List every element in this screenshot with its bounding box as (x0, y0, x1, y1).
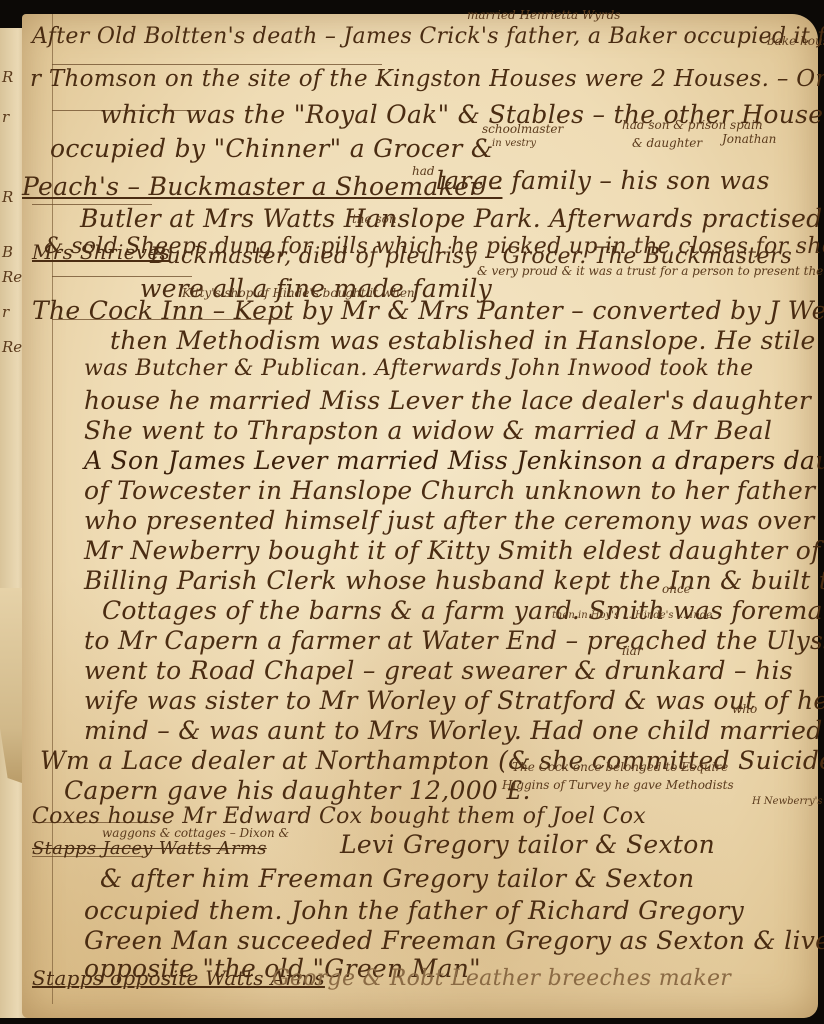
margin-scrawl: B (2, 243, 13, 261)
line-5: large family – his son was (436, 166, 770, 195)
interlinear-note: liar (622, 644, 643, 658)
line-13: house he married Miss Lever the lace dea… (84, 386, 811, 415)
interlinear-note: in vestry (492, 138, 536, 149)
line-26: Capern gave his daughter 12,000 £. (64, 776, 531, 805)
interlinear-note: then in Hoy's ... Hinde's ... Inde (552, 610, 712, 621)
line-2: r Thomson on the site of the Kingston Ho… (30, 66, 824, 92)
margin-scrawl: R (2, 68, 13, 86)
interlinear-note: bake house (767, 34, 824, 48)
margin-scrawl: R (2, 188, 13, 206)
manuscript-page: After Old Boltten's death – James Crick'… (22, 14, 818, 1018)
interlinear-note: married Henrietta Wyrds (467, 8, 620, 22)
interlinear-note: The Cock once belonged to Esquire (512, 760, 728, 774)
interlinear-note: had (412, 164, 435, 178)
line-17: who presented himself just after the cer… (84, 506, 815, 535)
line-6: Butler at Mrs Watts Hanslope Park. After… (80, 204, 824, 233)
line-24: mind – & was aunt to Mrs Worley. Had one… (84, 716, 823, 745)
interlinear-note: schoolmaster (482, 122, 563, 136)
interlinear-note: & daughter (632, 136, 702, 150)
line-31: Green Man succeeded Freeman Gregory as S… (84, 926, 824, 955)
line-11: then Methodism was established in Hanslo… (110, 326, 816, 355)
rule-line (52, 64, 382, 65)
margin-scrawl: Re (2, 338, 22, 356)
line-15: A Son James Lever married Miss Jenkinson… (84, 446, 824, 475)
line-4: occupied by "Chinner" a Grocer & (50, 134, 493, 163)
line-16: of Towcester in Hanslope Church unknown … (84, 476, 824, 505)
stapps-heading-struck: Stapps Jacey Watts Arms (32, 838, 267, 859)
line-12: was Butcher & Publican. Afterwards John … (84, 356, 753, 381)
margin-scrawl: Re (2, 268, 22, 286)
interlinear-note: had son & prison spain (622, 118, 763, 132)
line-33: George & Robt Leather breeches maker (272, 966, 731, 991)
line-10-cock-inn: The Cock Inn – Kept by Mr & Mrs Panter –… (32, 296, 824, 325)
line-1: After Old Boltten's death – James Crick'… (32, 24, 824, 49)
line-14: She went to Thrapston a widow & married … (84, 416, 772, 445)
interlinear-note: who (732, 702, 757, 716)
line-20: Cottages of the barns & a farm yard. Smi… (102, 596, 824, 625)
margin-scrawl: r (2, 303, 9, 321)
line-22: went to Road Chapel – great swearer & dr… (84, 656, 793, 685)
line-18: Mr Newberry bought it of Kitty Smith eld… (84, 536, 821, 565)
line-23: wife was sister to Mr Worley of Stratfor… (84, 686, 824, 715)
line-29: & after him Freeman Gregory tailor & Sex… (100, 864, 694, 893)
interlinear-note: once (662, 582, 691, 596)
interlinear-note: H Newberry's shop (752, 796, 824, 807)
interlinear-note: Higgins of Turvey he gave Methodists (502, 778, 734, 792)
interlinear-note: Jonathan (722, 132, 776, 146)
margin-scrawl: r (2, 108, 9, 126)
line-21: to Mr Capern a farmer at Water End – pre… (84, 626, 824, 655)
line-28: Levi Gregory tailor & Sexton (340, 830, 715, 859)
interlinear-note: the son (352, 212, 397, 226)
interlinear-note: & very proud & it was a trust for a pers… (477, 264, 823, 278)
line-19: Billing Parish Clerk whose husband kept … (84, 566, 824, 595)
line-30: occupied them. John the father of Richar… (84, 896, 744, 925)
